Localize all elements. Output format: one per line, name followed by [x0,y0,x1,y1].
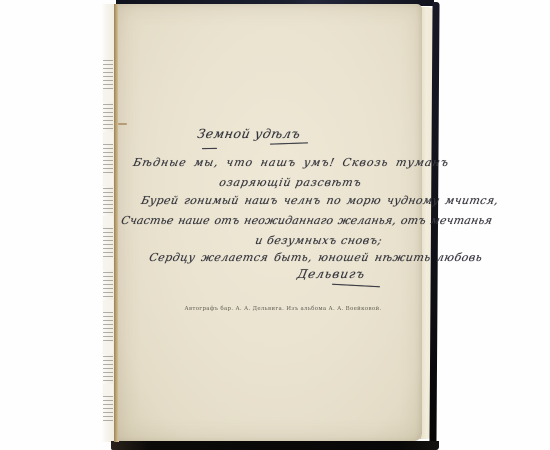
underline-mark [202,148,217,150]
flourish-line [332,284,380,288]
handwriting-line: Счастье наше отъ неожиданнаго желанья, о… [120,214,493,227]
handwriting-line: Бурей гонимый нашъ челнъ по морю чудному… [140,194,500,207]
handwriting-line: и безумныхъ сновъ; [254,234,383,247]
handwriting-signature: Дельвигъ [296,267,367,281]
book-photo: Земной удѣлъ Бѣдные мы, что нашъ умъ! Ск… [0,0,550,450]
plate-caption: Автографъ бар. А. А. Дельвига. Изъ альбо… [118,306,422,312]
book-page: Земной удѣлъ Бѣдные мы, что нашъ умъ! Ск… [118,4,422,441]
handwriting-line: Сердцу желается быть, юношей нѣжить любо… [148,251,483,264]
facing-page-text-lines [103,60,113,422]
handwriting-line: озаряющій разсвѣтъ [218,176,363,189]
handwriting-title: Земной удѣлъ [196,126,302,141]
flourish-line [270,142,308,145]
facing-page-edge [101,4,115,442]
handwriting-line: Бѣдные мы, что нашъ умъ! Сквозь туманъ [132,156,450,169]
book-cover-edge-bottom [111,441,439,450]
page-fold-mark [118,123,127,125]
